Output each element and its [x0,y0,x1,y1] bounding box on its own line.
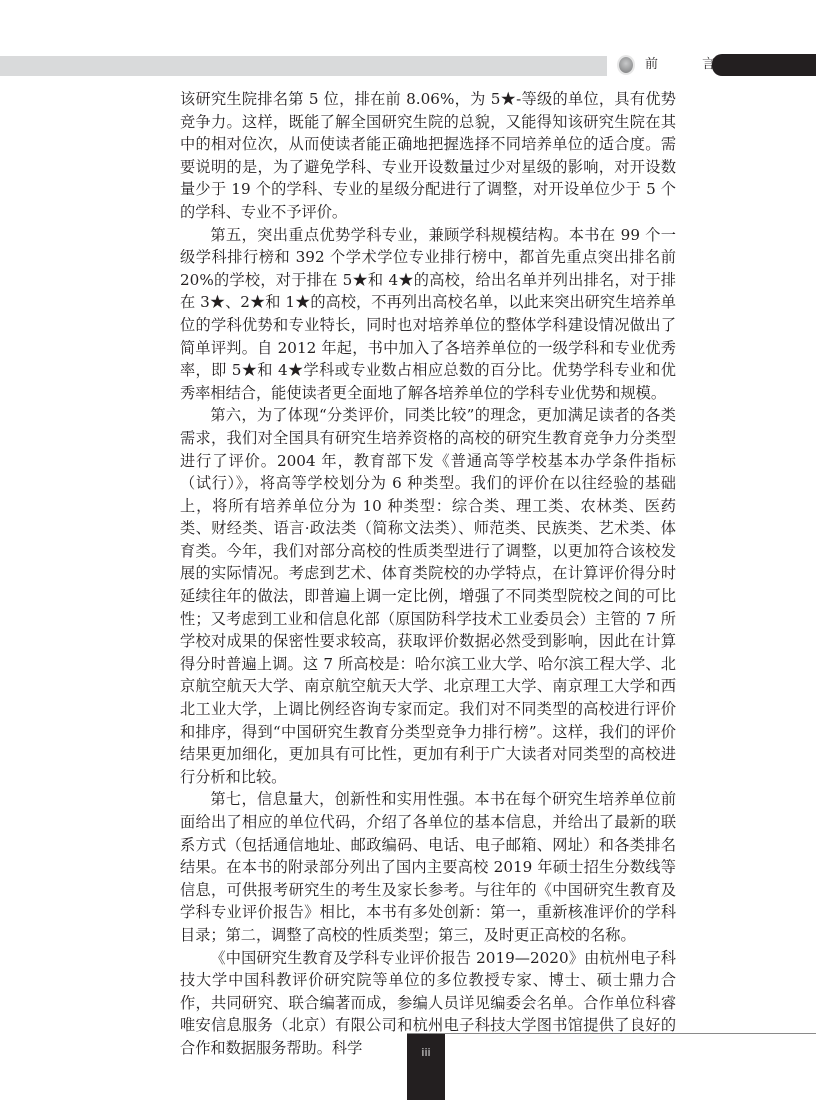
paragraph-1: 该研究生院排名第 5 位，排在前 8.06%，为 5★-等级的单位，具有优势竞争… [180,88,676,224]
page-number: iii [407,1046,445,1059]
body-text: 该研究生院排名第 5 位，排在前 8.06%，为 5★-等级的单位，具有优势竞争… [180,88,676,1060]
header-gray-bar [0,56,607,76]
circle-bullet-icon [619,57,633,73]
paragraph-4: 第七，信息量大，创新性和实用性强。本书在每个研究生培养单位前面给出了相应的单位代… [180,788,676,946]
footer-rule [407,1033,816,1034]
paragraph-3: 第六，为了体现“分类评价，同类比较”的理念，更加满足读者的各类需求，我们对全国具… [180,404,676,788]
header-dark-bar [712,54,816,76]
footer-page-tab [407,1034,445,1100]
paragraph-2: 第五，突出重点优势学科专业，兼顾学科规模结构。本书在 99 个一级学科排行榜和 … [180,224,676,405]
